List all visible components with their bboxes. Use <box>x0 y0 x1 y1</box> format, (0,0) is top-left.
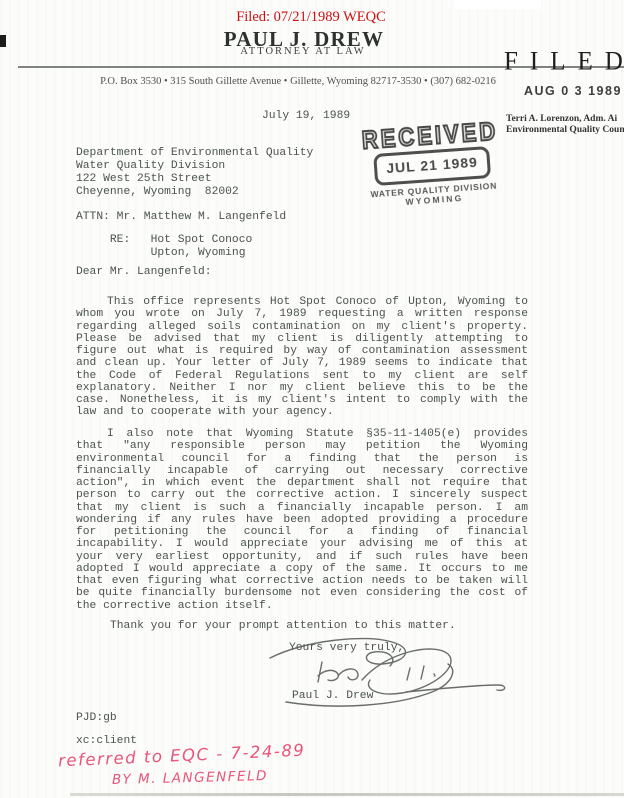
text-line: Cheyenne, Wyoming 82002 <box>76 186 313 199</box>
body-paragraph-2: I also note that Wyoming Statute §35-11-… <box>76 428 528 612</box>
attention-line: ATTN: Mr. Matthew M. Langenfeld <box>76 211 286 223</box>
body-paragraph-1: This office represents Hot Spot Conoco o… <box>76 296 528 419</box>
text-line: incapability. I would appreciate your ad… <box>76 538 528 550</box>
scan-artifact-corner-patch <box>455 0 541 9</box>
text-line: the Code of Federal Regulations sent to … <box>76 370 528 382</box>
text-line: case. Nonetheless, it is my client's int… <box>76 394 528 406</box>
text-line: Please be advised that my client is dili… <box>76 333 528 345</box>
text-line: figure out what is required by way of co… <box>76 345 528 357</box>
text-line: law and to cooperate with your agency. <box>76 406 528 418</box>
official-name: Terri A. Lorenzon, Adm. Ai <box>506 114 617 124</box>
received-stamp-word: RECEIVED <box>341 115 519 157</box>
text-line: whom you wrote on July 7, 1989 requestin… <box>76 308 528 320</box>
text-line: regarding alleged soils contamination on… <box>76 321 528 333</box>
signer-typed-name: Paul J. Drew <box>292 690 373 702</box>
letterhead-address: P.O. Box 3530 • 315 South Gillette Avenu… <box>100 76 496 87</box>
letter-date: July 19, 1989 <box>262 110 350 122</box>
text-line: I also note that Wyoming Statute §35-11-… <box>76 428 528 440</box>
text-line: Upton, Wyoming <box>76 247 252 260</box>
text-line: the corrective action itself. <box>76 600 528 612</box>
text-line: person to carry out the corrective actio… <box>76 489 528 501</box>
text-line: that my client is such a financially inc… <box>76 502 528 514</box>
text-line: 122 West 25th Street <box>76 173 313 186</box>
text-line: explanatory. Neither I nor my client bel… <box>76 382 528 394</box>
text-line: wondering if any rules have been adopted… <box>76 514 528 526</box>
text-line: This office represents Hot Spot Conoco o… <box>76 296 528 308</box>
text-line: financially incapable of carrying out ne… <box>76 465 528 477</box>
text-line: that "any responsible person may petitio… <box>76 440 528 452</box>
text-line: and clean up. Your letter of July 7, 198… <box>76 357 528 369</box>
recipient-address-block: Department of Environmental QualityWater… <box>76 147 313 199</box>
received-stamp-date: JUL 21 1989 <box>386 154 479 176</box>
text-line: adopted I would appreciate a copy of the… <box>76 563 528 575</box>
text-line: action", in which event the department s… <box>76 477 528 489</box>
text-line: Department of Environmental Quality <box>76 147 313 160</box>
filed-stamp-date: AUG 0 3 1989 <box>524 84 622 98</box>
text-line: RE: Hot Spot Conoco <box>76 234 252 247</box>
text-line: for petitioning the council for a findin… <box>76 526 528 538</box>
text-line: Water Quality Division <box>76 160 313 173</box>
subject-reference-block: RE: Hot Spot Conoco Upton, Wyoming <box>76 234 252 259</box>
efiling-annotation: Filed: 07/21/1989 WEQC <box>236 9 386 26</box>
salutation: Dear Mr. Langenfeld: <box>76 266 212 278</box>
letterhead-title: ATTORNEY AT LAW <box>240 46 365 57</box>
scan-artifact-bottom-edge <box>70 793 624 796</box>
closing-sentence: Thank you for your prompt attention to t… <box>76 620 456 632</box>
reference-initials: PJD:gb <box>76 712 117 724</box>
text-line: be quite financially burdensome not even… <box>76 587 528 599</box>
handwritten-note-line2: BY M. LANGENFELD <box>112 768 268 788</box>
official-org: Environmental Quality Coun <box>506 125 624 135</box>
scan-artifact-edge-mark <box>0 35 6 47</box>
received-stamp: RECEIVED JUL 21 1989 WATER QUALITY DIVIS… <box>341 117 522 211</box>
copy-notation: xc:client <box>76 735 137 747</box>
text-line: your very earliest opportunity, and if s… <box>76 551 528 563</box>
scanned-letter-page: Filed: 07/21/1989 WEQC PAUL J. DREW ATTO… <box>0 0 624 798</box>
filed-stamp-word: FILED <box>504 47 624 76</box>
text-line: that even figuring what corrective actio… <box>76 575 528 587</box>
text-line: environmental council for a finding that… <box>76 453 528 465</box>
